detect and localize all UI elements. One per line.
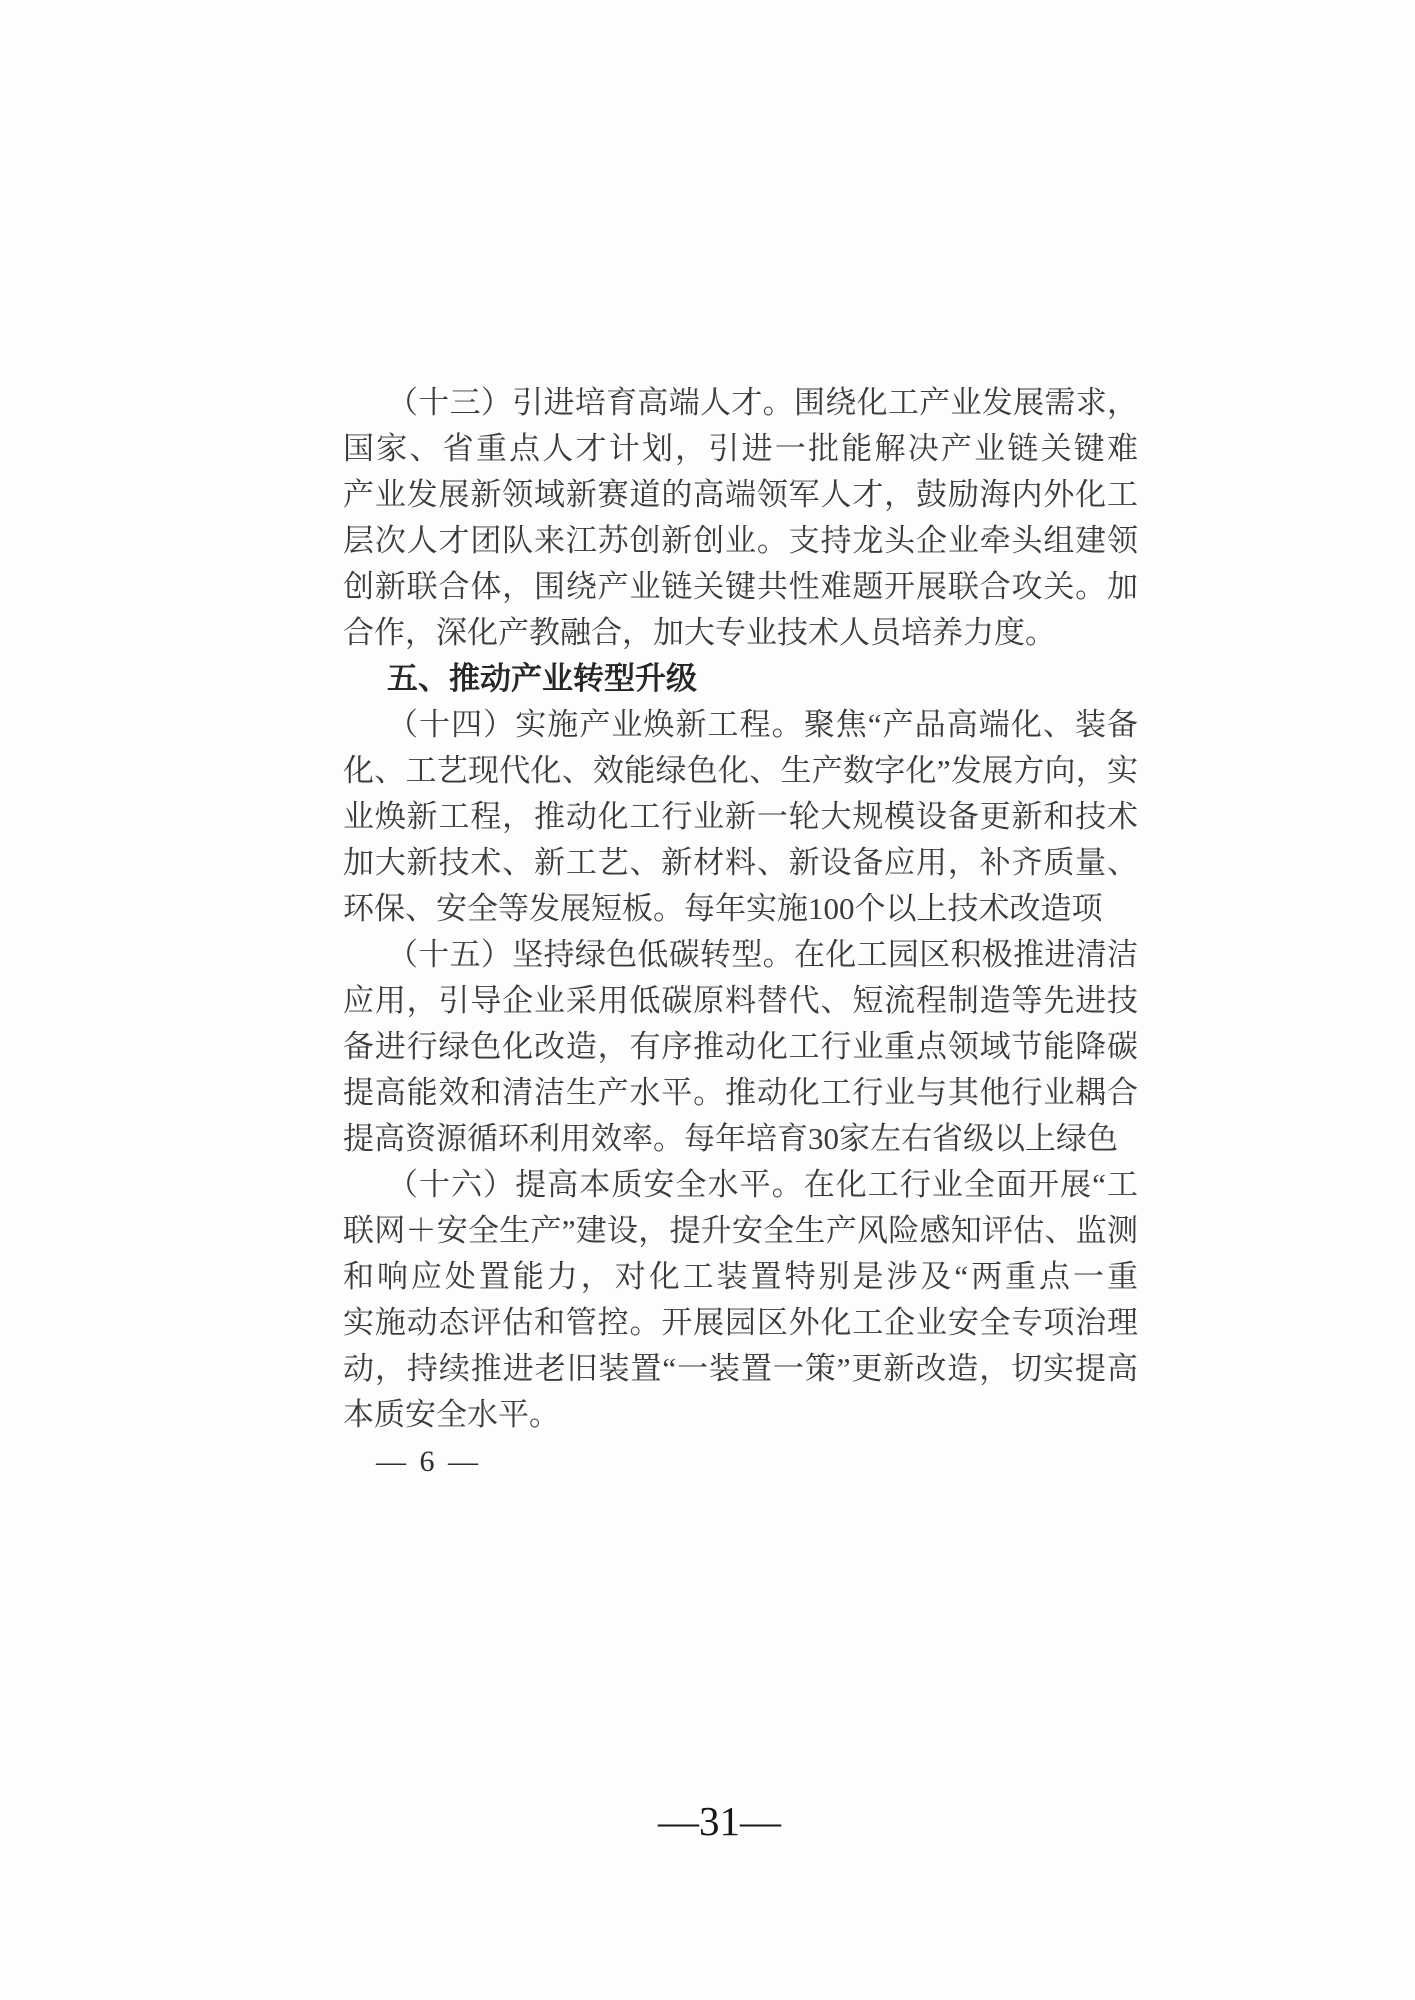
paragraph-15-line: 提高能效和清洁生产水平。推动化工行业与其他行业耦合发展， — [343, 1070, 1138, 1116]
paragraph-16-line: 本质安全水平。 — [343, 1392, 1138, 1438]
paragraph-13-line: 创新联合体，围绕产业链关键共性难题开展联合攻关。加强校企 — [343, 564, 1138, 610]
paragraph-13-line: （十三）引进培育高端人才。围绕化工产业发展需求，依托 — [343, 380, 1138, 426]
paragraph-14-line: （十四）实施产业焕新工程。聚焦“产品高端化、装备智能 — [343, 702, 1138, 748]
paragraph-16-line: （十六）提高本质安全水平。在化工行业全面开展“工业互 — [343, 1162, 1138, 1208]
paragraph-14-line: 加大新技术、新工艺、新材料、新设备应用，补齐质量、管理、 — [343, 840, 1138, 886]
document-text-block: （十三）引进培育高端人才。围绕化工产业发展需求，依托 国家、省重点人才计划，引进… — [343, 380, 1138, 1438]
paragraph-15-line: 备进行绿色化改造，有序推动化工行业重点领域节能降碳减排， — [343, 1024, 1138, 1070]
paragraph-16-line: 联网＋安全生产”建设，提升安全生产风险感知评估、监测预警 — [343, 1208, 1138, 1254]
paragraph-14-line: 环保、安全等发展短板。每年实施100个以上技术改造项目。 — [343, 886, 1138, 932]
paragraph-13-line: 合作，深化产教融合，加大专业技术人员培养力度。 — [343, 610, 1138, 656]
paragraph-16-line: 动，持续推进老旧装置“一装置一策”更新改造，切实提高行业 — [343, 1346, 1138, 1392]
outer-page-number: —31— — [658, 1798, 781, 1844]
inner-page-number: — 6 — — [376, 1445, 481, 1479]
paragraph-14-line: 化、工艺现代化、效能绿色化、生产数字化”发展方向，实施产 — [343, 748, 1138, 794]
paragraph-16-line: 和响应处置能力，对化工装置特别是涉及“两重点一重大”装置 — [343, 1254, 1138, 1300]
section-heading-5: 五、推动产业转型升级 — [343, 656, 1138, 702]
paragraph-15-line: （十五）坚持绿色低碳转型。在化工园区积极推进清洁能源 — [343, 932, 1138, 978]
document-page: （十三）引进培育高端人才。围绕化工产业发展需求，依托 国家、省重点人才计划，引进… — [0, 0, 1415, 2000]
paragraph-16-line: 实施动态评估和管控。开展园区外化工企业安全专项治理三年行 — [343, 1300, 1138, 1346]
paragraph-15-line: 应用，引导企业采用低碳原料替代、短流程制造等先进技术和装 — [343, 978, 1138, 1024]
paragraph-13-line: 国家、省重点人才计划，引进一批能解决产业链关键难题、开辟 — [343, 426, 1138, 472]
paragraph-15-line: 提高资源循环利用效率。每年培育30家左右省级以上绿色工厂。 — [343, 1116, 1138, 1162]
paragraph-13-line: 产业发展新领域新赛道的高端领军人才，鼓励海内外化工领域高 — [343, 472, 1138, 518]
paragraph-14-line: 业焕新工程，推动化工行业新一轮大规模设备更新和技术改造， — [343, 794, 1138, 840]
paragraph-13-line: 层次人才团队来江苏创新创业。支持龙头企业牵头组建领军人才 — [343, 518, 1138, 564]
